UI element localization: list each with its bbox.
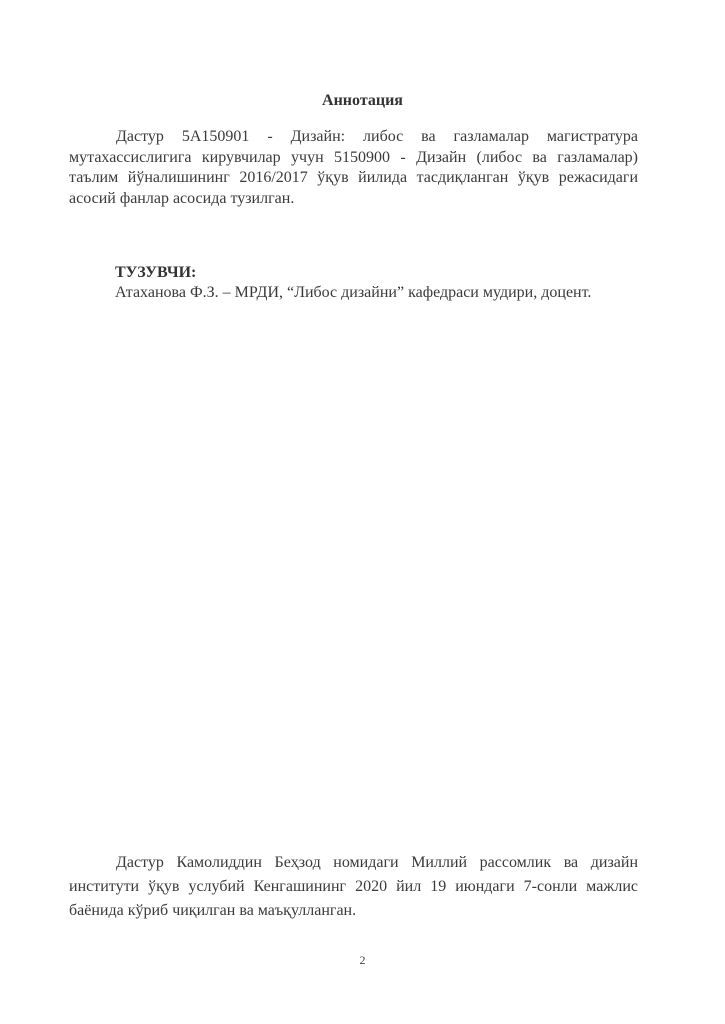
author-line: Атаханова Ф.З. – МРДИ, “Либос дизайни” к…	[115, 283, 591, 303]
approval-paragraph: Дастур Камолиддин Беҳзод номидаги Миллий…	[69, 851, 638, 923]
intro-paragraph: Дастур 5А150901 - Дизайн: либос ва газла…	[69, 127, 638, 209]
document-page: Аннотация Дастур 5А150901 - Дизайн: либо…	[0, 0, 725, 1024]
document-title: Аннотация	[0, 91, 725, 111]
authors-label: ТУЗУВЧИ:	[115, 263, 196, 283]
page-number: 2	[0, 953, 725, 967]
